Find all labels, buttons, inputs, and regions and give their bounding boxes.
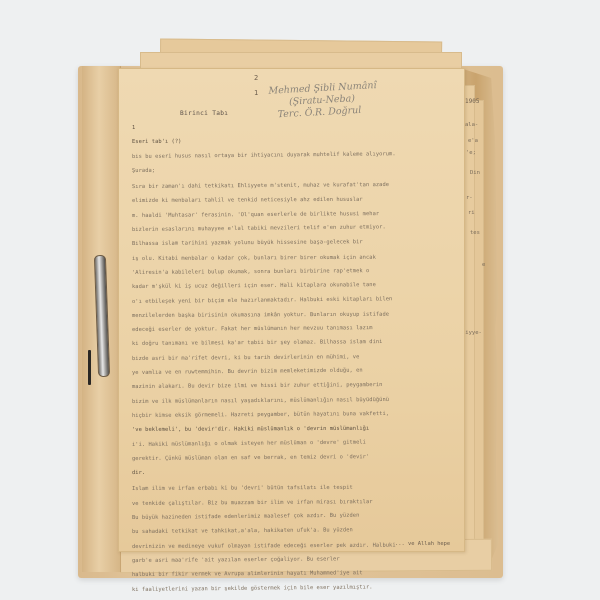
edge-text-fragment: ri (468, 210, 475, 216)
handwritten-note: Mehmed Şibli Numânî (Şiratu-Neba) Terc. … (268, 76, 450, 121)
edge-text-fragment: ala- (465, 122, 478, 128)
text-line: dir. (132, 464, 457, 481)
text-line: Bilhassa islam tarihini yazmak yolunu bü… (132, 235, 457, 252)
bottom-note: ... ve Allah hepe (395, 541, 450, 547)
text-line: o'ı etbileşek yeni bir biçim ele hazırla… (132, 291, 457, 309)
document-photo: 1905 ala-e'a'e;Dinr-ritese'iyye- 2 1 Meh… (0, 0, 600, 600)
edge-text-fragment: tes (470, 230, 480, 236)
typewritten-body: 1Eseri tab'ı (?)bis bu eseri husus nasıl… (132, 121, 457, 597)
line-marker: 1 (254, 89, 258, 97)
edge-text-fragment: 'e; (466, 150, 476, 156)
text-line: bu sahadaki tetkikat ve tahkikat,a'ala, … (132, 523, 457, 540)
page-number: 2 (254, 74, 258, 82)
section-heading: Birinci Tabı (180, 110, 228, 117)
text-line: Şurada; (132, 161, 457, 178)
fastener-tab-icon (88, 350, 91, 385)
edge-text-fragment: e'a (468, 138, 478, 144)
side-year: 1905 (465, 98, 479, 105)
text-line: ki faaliyetlerini yazan bir şekilde göst… (132, 579, 457, 597)
edge-text-fragment: r- (466, 195, 473, 201)
edge-text-fragment: Din (470, 170, 480, 176)
edge-text-fragment: e (482, 262, 485, 268)
